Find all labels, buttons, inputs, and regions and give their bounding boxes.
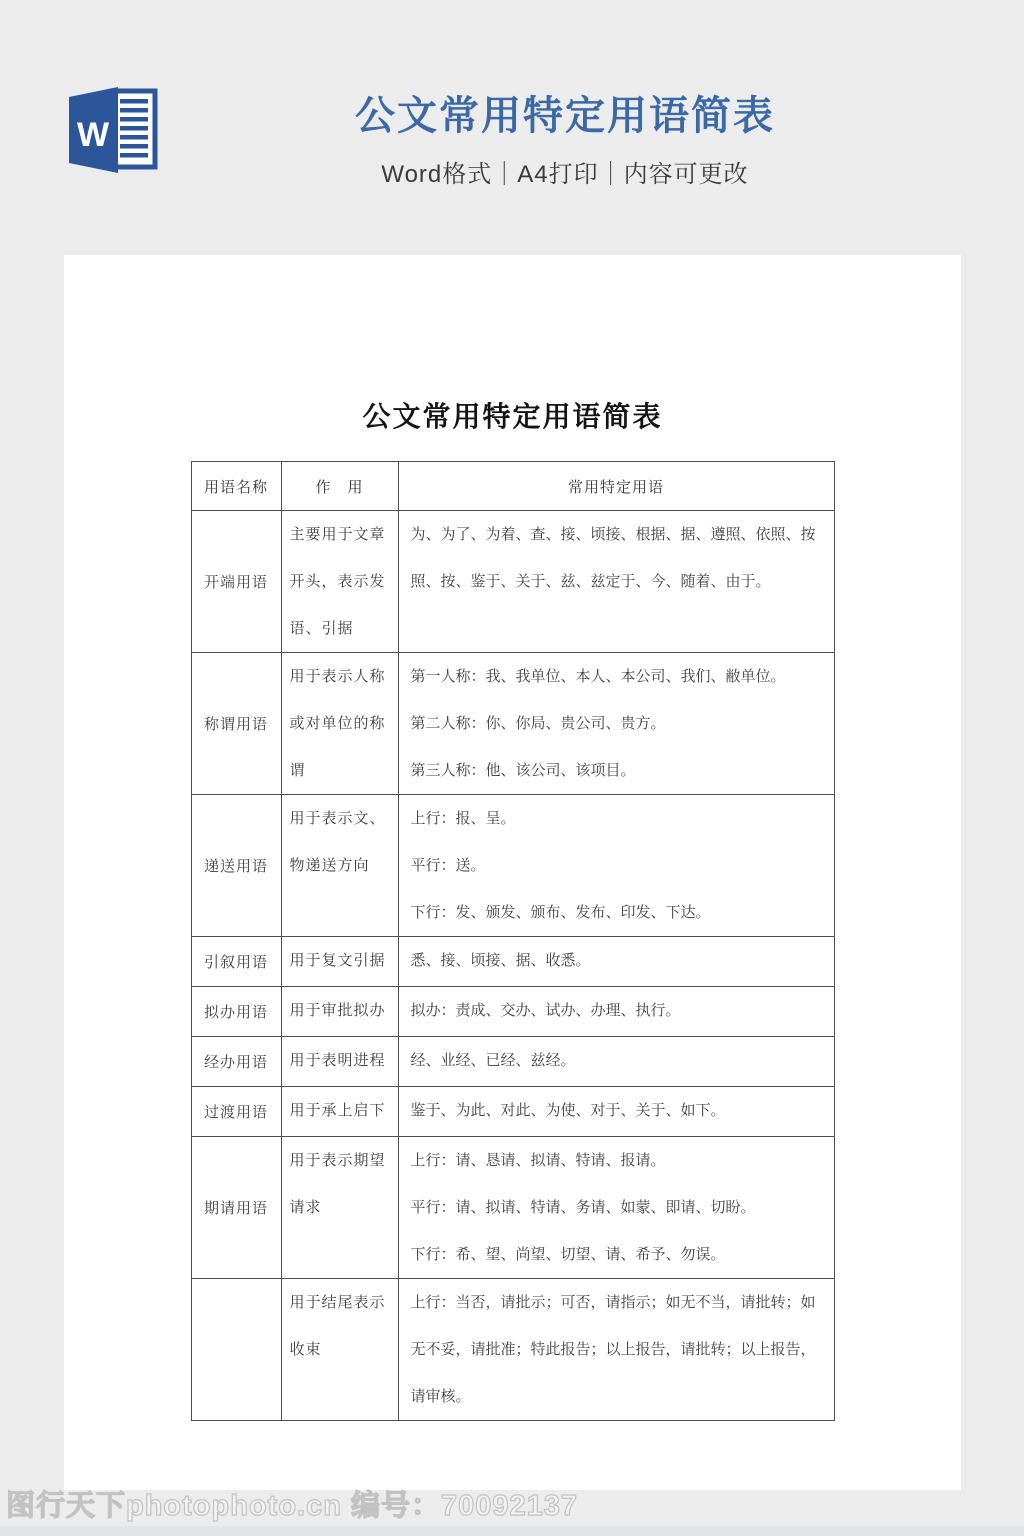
col-header-term-name: 用语名称 — [191, 462, 281, 511]
header-subtitle: Word格式｜A4打印｜内容可更改 — [106, 154, 1024, 189]
term-line: 鉴于、为此、对此、为使、对于、关于、如下。 — [411, 1087, 822, 1134]
template-header: W 公文常用特定用语简表 Word格式｜A4打印｜内容可更改 — [0, 0, 1024, 255]
term-name-cell: 开端用语 — [191, 511, 281, 653]
header-text-block: 公文常用特定用语简表 Word格式｜A4打印｜内容可更改 — [106, 94, 1024, 189]
function-cell: 用于复文引据 — [281, 937, 398, 987]
term-line: 悉、接、顷接、据、收悉。 — [411, 937, 822, 984]
terms-cell: 上行：报、呈。 平行：送。 下行：发、颁发、颁布、发布、印发、下达。 — [398, 795, 834, 937]
col-header-common-terms: 常用特定用语 — [398, 462, 834, 511]
terms-cell: 悉、接、顷接、据、收悉。 — [398, 937, 834, 987]
table-row: 称谓用语 用于表示人称或对单位的称谓 第一人称：我、我单位、本人、本公司、我们、… — [191, 653, 834, 795]
term-line: 经、业经、已经、兹经。 — [411, 1037, 822, 1084]
table-row: 经办用语 用于表明进程 经、业经、已经、兹经。 — [191, 1037, 834, 1087]
function-cell: 用于审批拟办 — [281, 987, 398, 1037]
terms-cell: 上行：当否，请批示；可否，请指示；如无不当，请批转；如无不妥，请批准；特此报告；… — [398, 1279, 834, 1421]
term-line: 第二人称：你、你局、贵公司、贵方。 — [411, 700, 822, 747]
term-line: 下行：希、望、尚望、切望、请、希予、勿误。 — [411, 1231, 822, 1278]
word-icon-letter: W — [77, 116, 110, 154]
table-row: 引叙用语 用于复文引据 悉、接、顷接、据、收悉。 — [191, 937, 834, 987]
term-line: 上行：当否，请批示；可否，请指示；如无不当，请批转；如无不妥，请批准；特此报告；… — [411, 1279, 822, 1420]
term-line: 平行：请、拟请、特请、务请、如蒙、即请、切盼。 — [411, 1184, 822, 1231]
term-name-cell: 经办用语 — [191, 1037, 281, 1087]
footer-strip — [0, 1526, 1024, 1536]
term-line: 第三人称：他、该公司、该项目。 — [411, 747, 822, 794]
term-name-cell: 期请用语 — [191, 1137, 281, 1279]
table-header-row: 用语名称 作 用 常用特定用语 — [191, 462, 834, 511]
term-line: 为、为了、为着、查、接、顷接、根据、据、遵照、依照、按照、按、鉴于、关于、兹、兹… — [411, 511, 822, 605]
terms-cell: 拟办：责成、交办、试办、办理、执行。 — [398, 987, 834, 1037]
term-name-cell: 引叙用语 — [191, 937, 281, 987]
term-line: 平行：送。 — [411, 842, 822, 889]
table-row: 用于结尾表示收束 上行：当否，请批示；可否，请指示；如无不当，请批转；如无不妥，… — [191, 1279, 834, 1421]
term-line: 第一人称：我、我单位、本人、本公司、我们、敝单位。 — [411, 653, 822, 700]
table-row: 期请用语 用于表示期望请求 上行：请、恳请、拟请、特请、报请。 平行：请、拟请、… — [191, 1137, 834, 1279]
function-cell: 用于表示文、物递送方向 — [281, 795, 398, 937]
function-cell: 用于表示期望请求 — [281, 1137, 398, 1279]
terms-cell: 上行：请、恳请、拟请、特请、报请。 平行：请、拟请、特请、务请、如蒙、即请、切盼… — [398, 1137, 834, 1279]
function-cell: 用于表示人称或对单位的称谓 — [281, 653, 398, 795]
col-header-function: 作 用 — [281, 462, 398, 511]
terms-cell: 鉴于、为此、对此、为使、对于、关于、如下。 — [398, 1087, 834, 1137]
term-line: 上行：请、恳请、拟请、特请、报请。 — [411, 1137, 822, 1184]
function-cell: 用于表明进程 — [281, 1037, 398, 1087]
terms-table: 用语名称 作 用 常用特定用语 开端用语 主要用于文章开头，表示发语、引据 为、… — [191, 461, 835, 1421]
function-cell: 用于承上启下 — [281, 1087, 398, 1137]
term-line: 拟办：责成、交办、试办、办理、执行。 — [411, 987, 822, 1034]
table-row: 开端用语 主要用于文章开头，表示发语、引据 为、为了、为着、查、接、顷接、根据、… — [191, 511, 834, 653]
terms-cell: 为、为了、为着、查、接、顷接、根据、据、遵照、依照、按照、按、鉴于、关于、兹、兹… — [398, 511, 834, 653]
table-row: 过渡用语 用于承上启下 鉴于、为此、对此、为使、对于、关于、如下。 — [191, 1087, 834, 1137]
term-name-cell: 称谓用语 — [191, 653, 281, 795]
term-line: 下行：发、颁发、颁布、发布、印发、下达。 — [411, 889, 822, 936]
term-name-cell: 递送用语 — [191, 795, 281, 937]
function-cell: 主要用于文章开头，表示发语、引据 — [281, 511, 398, 653]
document-page: 公文常用特定用语简表 用语名称 作 用 常用特定用语 开端用语 主要用于文章开头… — [64, 255, 961, 1490]
table-row: 递送用语 用于表示文、物递送方向 上行：报、呈。 平行：送。 下行：发、颁发、颁… — [191, 795, 834, 937]
header-title: 公文常用特定用语简表 — [106, 94, 1024, 138]
document-title: 公文常用特定用语简表 — [64, 255, 961, 435]
terms-cell: 第一人称：我、我单位、本人、本公司、我们、敝单位。 第二人称：你、你局、贵公司、… — [398, 653, 834, 795]
watermark: 图行天下photophoto.cn 编号：70092137 — [6, 1483, 578, 1524]
term-name-cell — [191, 1279, 281, 1421]
term-name-cell: 过渡用语 — [191, 1087, 281, 1137]
table-row: 拟办用语 用于审批拟办 拟办：责成、交办、试办、办理、执行。 — [191, 987, 834, 1037]
term-name-cell: 拟办用语 — [191, 987, 281, 1037]
term-line: 上行：报、呈。 — [411, 795, 822, 842]
terms-cell: 经、业经、已经、兹经。 — [398, 1037, 834, 1087]
function-cell: 用于结尾表示收束 — [281, 1279, 398, 1421]
